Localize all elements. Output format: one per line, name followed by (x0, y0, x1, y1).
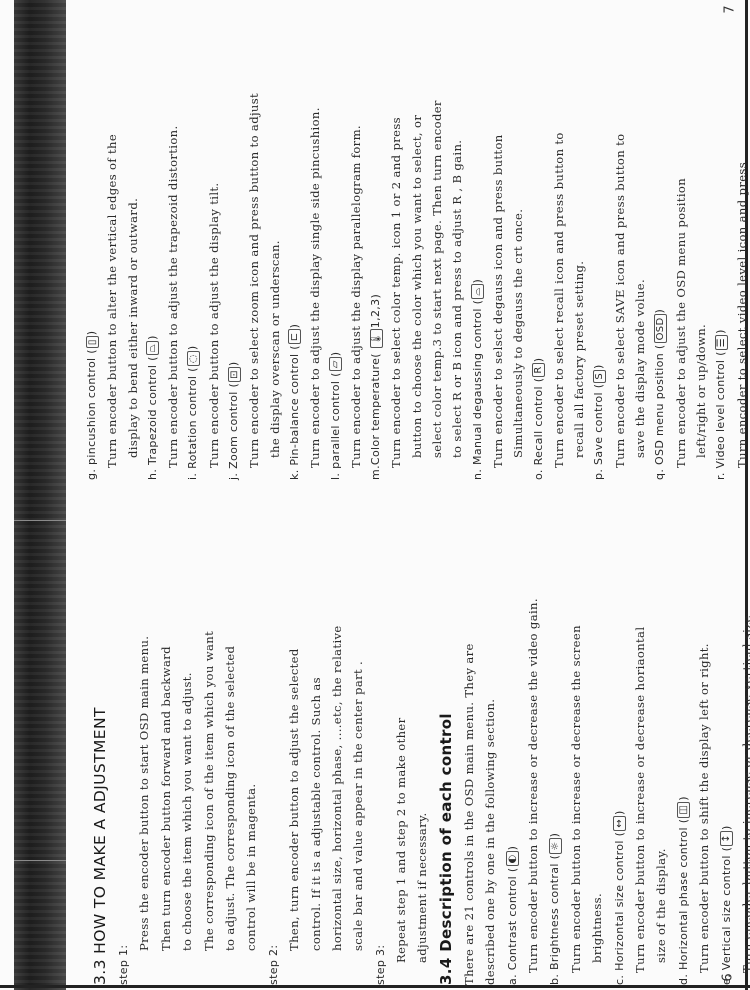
control-description: Simultaneously to degauss the crt once. (508, 15, 528, 480)
control-label-suffix: ) (592, 364, 605, 369)
control-item-label: b. Brightness contral (☼) (544, 575, 565, 985)
control-label: o. Recall control ( (532, 378, 545, 480)
control-label-suffix: ) (613, 810, 626, 815)
step-2-label: step 2: (263, 575, 284, 985)
text-line: to adjust. The corresponding icon of the… (220, 575, 241, 985)
control-description: brightness. (587, 575, 608, 985)
control-item-label: n. Manual degaussing control (⌓) (468, 15, 488, 480)
scanner-artifact-line (14, 860, 66, 861)
control-description: recall all factory preset setting. (569, 15, 589, 480)
control-label-suffix: ) (471, 279, 484, 284)
control-label: h. Trapezoid control ( (146, 356, 159, 480)
step-1-text: Press the encoder button to start OSD ma… (134, 575, 262, 985)
control-label-suffix: ) (329, 352, 342, 357)
control-label: j. Zoom control ( (227, 383, 240, 480)
control-label-suffix: ) (548, 833, 561, 838)
control-icon: ☼ (549, 838, 562, 853)
control-description: display to bend either inward or outward… (123, 15, 143, 480)
control-description: Turn encoder button to increase or decre… (523, 575, 544, 985)
control-item-label: q. OSD menu position (OSD) (650, 15, 670, 480)
control-icon: S (593, 370, 606, 383)
control-description: size of the display. (651, 575, 672, 985)
control-icon: ◌ (187, 351, 200, 366)
page-edge-bottom (0, 985, 750, 988)
control-label: m.Color temperature( (369, 349, 382, 480)
section-intro: There are 21 controls in the OSD main me… (459, 575, 502, 985)
control-description: Turn encoder to selsct degauss icon and … (488, 15, 508, 480)
text-line: Then, turn encoder button to adjust the … (284, 575, 305, 985)
control-label-suffix: ) (227, 361, 240, 366)
text-line: There are 21 controls in the OSD main me… (459, 575, 480, 985)
control-icon: ⏢ (146, 341, 159, 355)
section-heading-3-3: 3.3 HOW TO MAKE A ADJUSTMENT (88, 575, 113, 985)
control-description: save the display mode volue. (630, 15, 650, 480)
control-item-label: e. Vertical size control (↕) (716, 575, 737, 985)
control-description: Turn encoder button to increase or decre… (737, 575, 750, 985)
control-item-label: h. Trapezoid control (⏢) (143, 15, 163, 480)
control-description: Turn encoder to select video level icon … (732, 15, 750, 480)
control-item-label: j. Zoom control (⊡) (224, 15, 244, 480)
control-item-label: i. Rotation control (◌) (183, 15, 203, 480)
control-icon: ◐ (506, 851, 519, 866)
control-item-label: p. Save control (S) (589, 15, 609, 480)
control-item-label: c. Horizontal size control (↔) (609, 575, 630, 985)
control-icon: ⊏ (288, 329, 301, 344)
control-description: Turn encoder button to adjust the displa… (204, 15, 224, 480)
control-description: left/right or up/down. (691, 15, 711, 480)
control-label-suffix: ) (653, 309, 666, 314)
text-line: adjustment if necessary. (412, 575, 433, 985)
control-label-suffix: 1,2,3) (369, 294, 382, 328)
control-icon: ↕ (720, 831, 733, 846)
control-item-label: k. Pin-balance control (⊏) (285, 15, 305, 480)
control-description: Turn encoder to select zoom icon and pre… (244, 15, 264, 480)
control-icon: ☰ (715, 335, 728, 350)
control-label-suffix: ) (186, 345, 199, 350)
control-icon: ◫ (677, 802, 690, 818)
control-label-suffix: ) (506, 846, 519, 851)
control-label-suffix: ) (85, 331, 98, 336)
text-line: Then turn encoder button forward and bac… (156, 575, 177, 985)
control-item-label: r. Video level control (☰) (711, 15, 731, 480)
control-description: Turn encoder to select color temp. icon … (386, 15, 406, 480)
page-7-column: g. pincushion control (▯)Turn encoder bu… (82, 15, 740, 480)
control-label: g. pincushion control ( (85, 349, 98, 480)
control-label-suffix: ) (532, 358, 545, 363)
control-label-suffix: ) (288, 324, 301, 329)
control-description: Turn encoder to select recall icon and p… (549, 15, 569, 480)
control-icon: ▱ (329, 357, 342, 371)
control-item-label: a. Contrast control (◐) (502, 575, 523, 985)
step-3-text: Repeat step 1 and step 2 to make otherad… (391, 575, 434, 985)
control-label: i. Rotation control ( (186, 367, 199, 480)
control-item-label: o. Recall control (R) (529, 15, 549, 480)
control-description: the display overscan or underscan. (265, 15, 285, 480)
text-line: control. If it is a adjustable control. … (306, 575, 327, 985)
control-item-label: d. Horizontal phase control (◫) (673, 575, 694, 985)
page-6-column: 3.3 HOW TO MAKE A ADJUSTMENT step 1: Pre… (88, 575, 745, 985)
text-line: described one by one in the following se… (480, 575, 501, 985)
scanner-artifact-line (14, 520, 66, 521)
control-description: Turn encoder button to increase or decre… (630, 575, 651, 985)
control-description: Turn encoder to adjust the OSD menu posi… (671, 15, 691, 480)
control-description: button to choose the color which you wan… (407, 15, 427, 480)
control-description: Turn encoder to adjust the display paral… (346, 15, 366, 480)
page-number-left: 6 (721, 973, 736, 981)
text-line: The corresponding icon of the item which… (199, 575, 220, 985)
step-1-label: step 1: (113, 575, 134, 985)
control-icon: R (532, 363, 545, 376)
control-label: q. OSD menu position ( (653, 344, 666, 480)
control-label: n. Manual degaussing control ( (471, 300, 484, 480)
control-description: Turn encoder button to adjust the trapez… (163, 15, 183, 480)
control-label: k. Pin-balance control ( (288, 345, 301, 480)
control-label: a. Contrast control ( (506, 867, 519, 985)
text-line: horizontal size, horizontal phase, ....e… (327, 575, 348, 985)
control-icon: ↔ (613, 816, 626, 831)
control-description: Turn encoder button to alter the vertica… (102, 15, 122, 480)
control-label-suffix: ) (677, 796, 690, 801)
section-heading-3-4: 3.4 Description of each control (434, 575, 459, 985)
text-line: scale bar and value appear in the center… (348, 575, 369, 985)
control-label: d. Horizontal phase control ( (677, 819, 690, 985)
text-line: Repeat step 1 and step 2 to make other (391, 575, 412, 985)
control-label-suffix: ) (146, 335, 159, 340)
control-list-right: g. pincushion control (▯)Turn encoder bu… (82, 15, 750, 480)
control-item-label: g. pincushion control (▯) (82, 15, 102, 480)
scanner-edge-shadow (14, 0, 66, 990)
text-line: to choose the item which you want to adj… (177, 575, 198, 985)
control-label-suffix: ) (714, 329, 727, 334)
control-icon: ⊡ (228, 367, 241, 382)
text-line: Press the encoder button to start OSD ma… (134, 575, 155, 985)
control-label: e. Vertical size control ( (720, 847, 733, 985)
control-label: r. Video level control ( (714, 351, 727, 480)
control-label-suffix: ) (720, 825, 733, 830)
control-list-left: a. Contrast control (◐)Turn encoder butt… (502, 575, 750, 985)
control-icon: ▯ (86, 336, 99, 348)
step-3-label: step 3: (370, 575, 391, 985)
control-description: to select R or B icon and press to adjus… (447, 15, 467, 480)
page-number-right: 7 (723, 5, 738, 13)
control-description: Turn encoder button to shift the display… (694, 575, 715, 985)
control-description: Turn encoder button to increase or decre… (566, 575, 587, 985)
control-label: c. Horizontal size control ( (613, 832, 626, 985)
text-line: control will be in magenta. (241, 575, 262, 985)
control-item-label: m.Color temperature( 🌡1,2,3) (366, 15, 386, 480)
step-2-text: Then, turn encoder button to adjust the … (284, 575, 370, 985)
control-icon: 🌡 (370, 329, 383, 348)
control-description: Turn encoder to adjust the display singl… (305, 15, 325, 480)
control-label: l. parallel control ( (329, 372, 342, 480)
control-icon: ⌓ (471, 284, 484, 298)
control-description: select color temp.3 to start next page. … (427, 15, 447, 480)
control-icon: OSD (654, 314, 667, 343)
control-label: b. Brightness contral ( (548, 855, 561, 985)
control-description: Turn encoder to select SAVE icon and pre… (610, 15, 630, 480)
control-item-label: l. parallel control (▱) (326, 15, 346, 480)
control-label: p. Save control ( (592, 384, 605, 480)
